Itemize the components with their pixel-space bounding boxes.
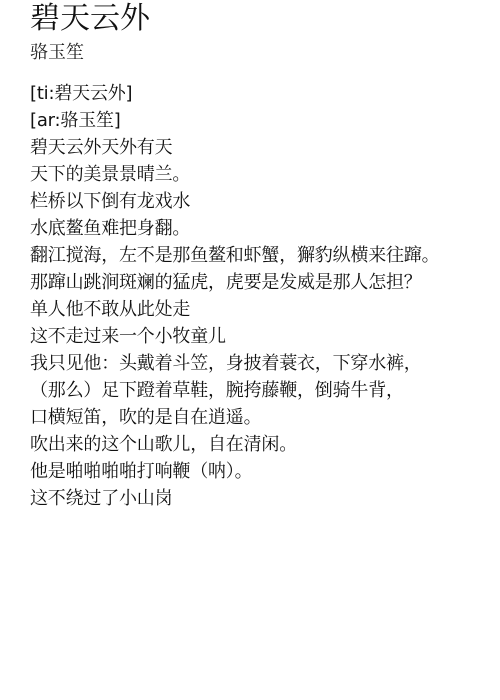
lyric-line: 那蹿山跳涧斑斓的猛虎，虎要是发威是那人怎担？ (30, 269, 500, 296)
lyric-line: 这不绕过了小山岗 (30, 485, 500, 512)
lyric-line: 吹出来的这个山歌儿，自在清闲。 (30, 431, 500, 458)
lyric-line: 我只见他：头戴着斗笠，身披着蓑衣，下穿水裤， (30, 350, 500, 377)
lyric-line: 天下的美景景晴兰。 (30, 161, 500, 188)
lyric-line: 栏桥以下倒有龙戏水 (30, 188, 500, 215)
lyric-line: 水底鳌鱼难把身翻。 (30, 215, 500, 242)
lyric-line: 口横短笛，吹的是自在逍遥。 (30, 404, 500, 431)
song-title: 碧天云外 (30, 0, 500, 38)
lyrics-page: 碧天云外 骆玉笙 [ti:碧天云外] [ar:骆玉笙] 碧天云外天外有天 天下的… (30, 0, 500, 528)
lyrics-list: [ti:碧天云外] [ar:骆玉笙] 碧天云外天外有天 天下的美景景晴兰。 栏桥… (30, 80, 500, 512)
lyric-line: [ti:碧天云外] (30, 80, 500, 107)
lyric-line: 翻江搅海，左不是那鱼鳌和虾蟹，獬豹纵横来往蹿。 (30, 242, 500, 269)
lyric-line: （那么）足下蹬着草鞋，腕挎藤鞭，倒骑牛背， (30, 377, 500, 404)
lyric-line: 这不走过来一个小牧童儿 (30, 323, 500, 350)
lyric-line: 单人他不敢从此处走 (30, 296, 500, 323)
lyric-line: 他是啪啪啪啪打响鞭（呐）。 (30, 458, 500, 485)
song-artist: 骆玉笙 (30, 40, 500, 66)
lyric-line: [ar:骆玉笙] (30, 107, 500, 134)
lyric-line: 碧天云外天外有天 (30, 134, 500, 161)
